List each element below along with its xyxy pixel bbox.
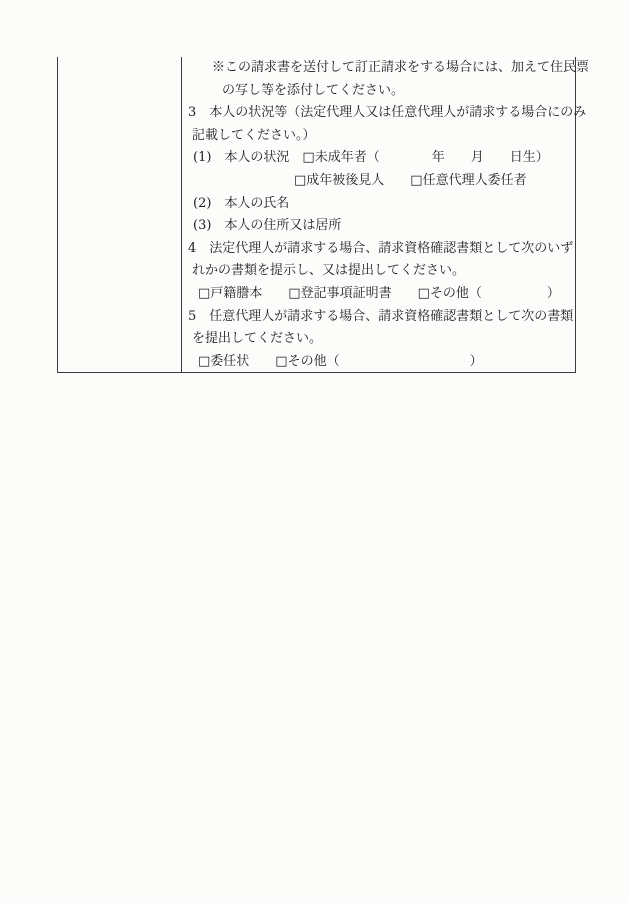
checkbox-row-shorui-5: □委任状 □その他（ ） [182,351,575,374]
clause-5-title: 5 任意代理人が請求する場合、請求資格確認書類として次の書類 [182,306,575,329]
note-line-sofu: ※この請求書を送付して訂正請求をする場合には、加えて住民票 [182,57,575,80]
table-right-column: ※この請求書を送付して訂正請求をする場合には、加えて住民票 の写し等を添付してく… [182,57,576,372]
clause-4-title: 4 法定代理人が請求する場合、請求資格確認書類として次のいず [182,238,575,261]
clause-3-title: 3 本人の状況等（法定代理人又は任意代理人が請求する場合にのみ [182,102,575,125]
table-left-column-empty [57,57,182,372]
clause-4-title-cont: れかの書類を提示し、又は提出してください。 [182,260,575,283]
form-table-fragment: ※この請求書を送付して訂正請求をする場合には、加えて住民票 の写し等を添付してく… [57,57,576,373]
clause-5-title-cont: を提出してください。 [182,328,575,351]
checkbox-row-shorui-4: □戸籍謄本 □登記事項証明書 □その他（ ） [182,283,575,306]
item-2-honnin-shimei: (2) 本人の氏名 [182,193,575,216]
clause-3-title-cont: 記載してください。） [182,125,575,148]
item-1-honnin-jokyo: (1) 本人の状況 □未成年者（ 年 月 日生） [182,147,575,170]
item-3-honnin-jusho: (3) 本人の住所又は居所 [182,215,575,238]
note-line-sofu-cont: の写し等を添付してください。 [182,80,575,103]
document-page: ※この請求書を送付して訂正請求をする場合には、加えて住民票 の写し等を添付してく… [0,0,630,903]
checkbox-row-kokennin: □成年被後見人 □任意代理人委任者 [182,170,575,193]
